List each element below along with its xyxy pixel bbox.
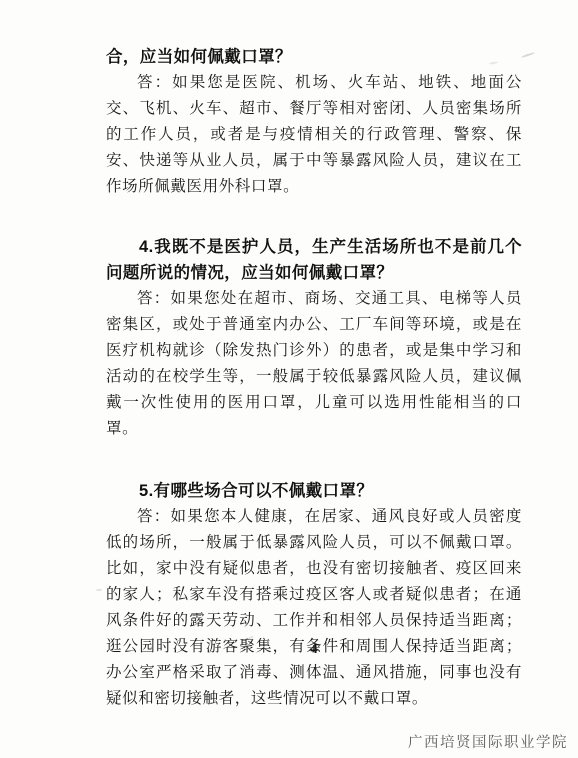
institution-watermark: 广西培贤国际职业学院 [408, 731, 568, 752]
answer-paragraph-q5: 答：如果您本人健康，在居家、通风良好或人员密度低的场所，一般属于低暴露风险人员，… [106, 504, 522, 712]
scanned-document-page: 合，应当如何佩戴口罩？ 答：如果您是医院、机场、火车站、地铁、地面公交、飞机、火… [0, 0, 578, 758]
page-number: 4 [106, 641, 522, 658]
document-text-block: 合，应当如何佩戴口罩？ 答：如果您是医院、机场、火车站、地铁、地面公交、飞机、火… [106, 44, 522, 712]
scan-artifact [96, 589, 102, 591]
answer-paragraph-q4: 答：如果您处在超市、商场、交通工具、电梯等人员密集区，或处于普通室内办公、工厂车… [106, 286, 522, 442]
answer-paragraph-q3: 答：如果您是医院、机场、火车站、地铁、地面公交、飞机、火车、超市、餐厅等相对密闭… [106, 70, 522, 200]
question-heading-continued: 合，应当如何佩戴口罩？ [106, 44, 522, 70]
scan-artifact [521, 52, 535, 58]
question-heading-q5: 5.有哪些场合可以不佩戴口罩？ [106, 478, 522, 504]
question-heading-q4: 4.我既不是医护人员，生产生活场所也不是前几个问题所说的情况，应当如何佩戴口罩？ [106, 234, 522, 286]
